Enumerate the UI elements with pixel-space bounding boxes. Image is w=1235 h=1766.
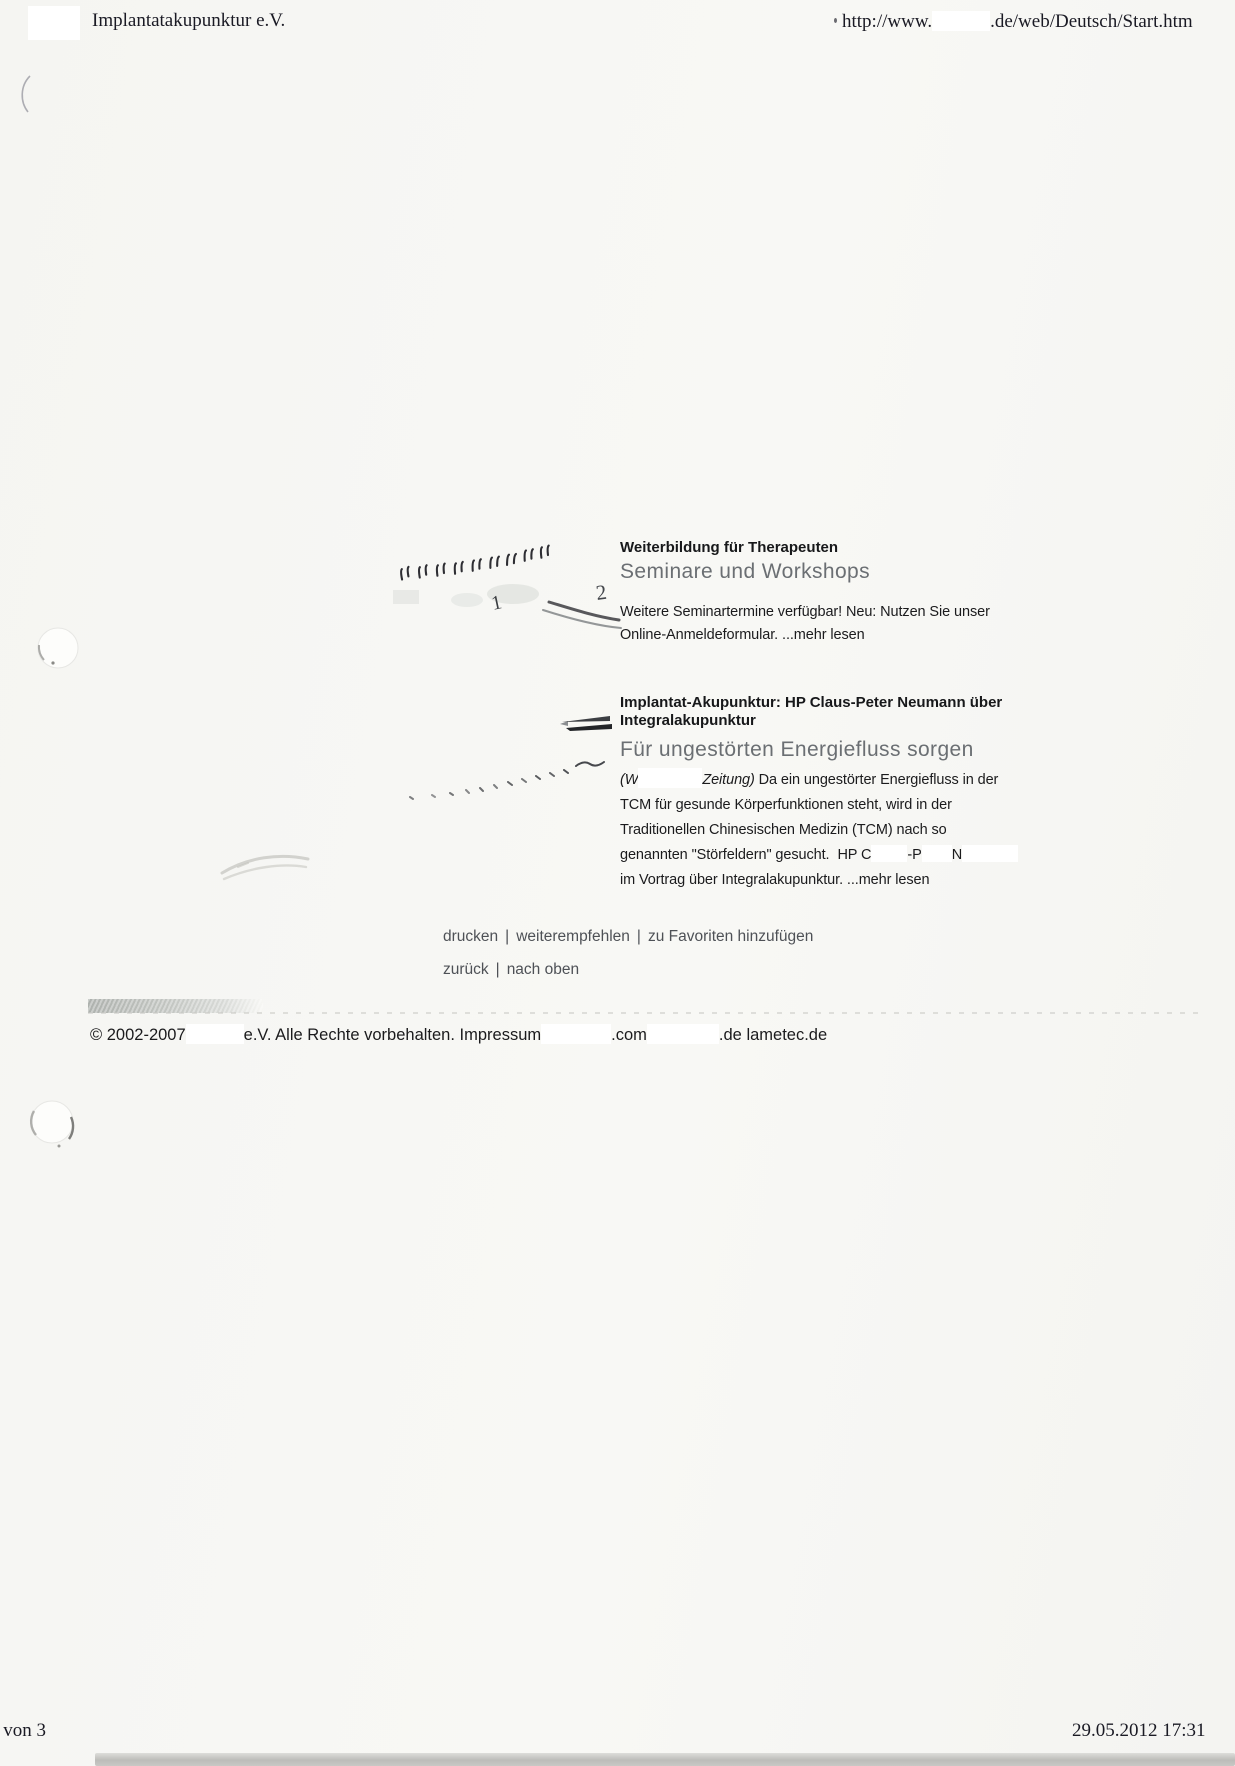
- weiterempfehlen-link[interactable]: weiterempfehlen: [516, 928, 630, 945]
- dotted-pen-marks: [398, 756, 613, 804]
- print-header-site-title: Implantatakupunktur e.V.: [92, 10, 285, 32]
- footer-domain-de: .de lametec.de: [719, 1026, 827, 1044]
- seminar-thumbnail-sketch: 1 2: [393, 542, 625, 637]
- pencil-smudge: [218, 843, 313, 885]
- footer-redaction-2: [541, 1024, 611, 1044]
- url-redaction-box: [932, 11, 990, 31]
- handwritten-tally-marks: [399, 546, 551, 580]
- footer-rights: e.V. Alle Rechte vorbehalten.: [244, 1026, 455, 1044]
- name-redaction-1: [871, 845, 907, 862]
- zurueck-link[interactable]: zurück: [443, 961, 489, 978]
- article1-teaser-line2: Online-Anmeldeformular. ...mehr lesen: [620, 624, 990, 647]
- footer-copyright: © 2002-2007: [90, 1026, 186, 1044]
- footer-domain-com: .com: [611, 1026, 647, 1044]
- article2-line1: (WZeitung) Da ein ungestörter Energieflu…: [620, 768, 1018, 793]
- article1-title: Seminare und Workshops: [620, 560, 870, 584]
- article1-teaser-line1: Weitere Seminartermine verfügbar! Neu: N…: [620, 601, 990, 624]
- url-suffix: .de/web/Deutsch/Start.htm: [990, 11, 1193, 32]
- name-redaction-3: [962, 845, 1018, 862]
- drucken-link[interactable]: drucken: [443, 928, 498, 945]
- article2-line2: TCM für gesunde Körperfunktionen steht, …: [620, 793, 1018, 818]
- impressum-link[interactable]: Impressum: [460, 1026, 542, 1044]
- newspaper-name-redaction: [638, 768, 702, 788]
- article2-line5: im Vortrag über Integralakupunktur. ...m…: [620, 868, 1018, 893]
- name-redaction-2: [922, 845, 952, 862]
- site-footer: © 2002-2007e.V. Alle Rechte vorbehalten.…: [90, 1024, 827, 1045]
- print-header-url: http://www..de/web/Deutsch/Start.htm: [842, 11, 1193, 33]
- scanner-edge-shadow: [95, 1753, 1235, 1766]
- whiteout-box-top-left: [28, 6, 80, 40]
- footer-divider-rule: [88, 1012, 1203, 1014]
- scan-smudge-bar: [88, 999, 263, 1013]
- scan-speck: [834, 18, 837, 23]
- print-footer-page-number: 3 von 3: [0, 1720, 46, 1742]
- article2-thumbnail-mark: [560, 713, 615, 737]
- article2-line4: genannten "Störfeldern" gesucht.HP C-PN: [620, 843, 1018, 868]
- footer-redaction-1: [186, 1024, 244, 1044]
- footer-redaction-3: [647, 1024, 719, 1044]
- pen-mark-paren-icon: [16, 74, 34, 114]
- action-links-row1: drucken|weiterempfehlen|zu Favoriten hin…: [443, 928, 813, 946]
- zu-favoriten-link[interactable]: zu Favoriten hinzufügen: [648, 928, 813, 945]
- article2-mehr-lesen-link[interactable]: ...mehr lesen: [847, 872, 930, 888]
- article2-teaser: (WZeitung) Da ein ungestörter Energieflu…: [620, 768, 1018, 893]
- article2-title: Für ungestörten Energiefluss sorgen: [620, 738, 974, 762]
- article1-teaser: Weitere Seminartermine verfügbar! Neu: N…: [620, 601, 990, 647]
- hole-punch-icon: [32, 622, 84, 674]
- hole-punch-icon: [24, 1094, 84, 1154]
- handwritten-digit-2: 2: [594, 580, 608, 605]
- print-footer-timestamp: 29.05.2012 17:31: [1072, 1720, 1206, 1742]
- article1-mehr-lesen-link[interactable]: ...mehr lesen: [782, 627, 865, 643]
- nach-oben-link[interactable]: nach oben: [507, 961, 579, 978]
- action-links-row2: zurück|nach oben: [443, 961, 579, 979]
- scanned-webpage-printout: Implantatakupunktur e.V. http://www..de/…: [0, 0, 1235, 1766]
- article2-line3: Traditionellen Chinesischen Medizin (TCM…: [620, 818, 1018, 843]
- article1-category: Weiterbildung für Therapeuten: [620, 539, 838, 557]
- article2-category: Implantat-Akupunktur: HP Claus-Peter Neu…: [620, 694, 1002, 729]
- url-prefix: http://www.: [842, 11, 932, 32]
